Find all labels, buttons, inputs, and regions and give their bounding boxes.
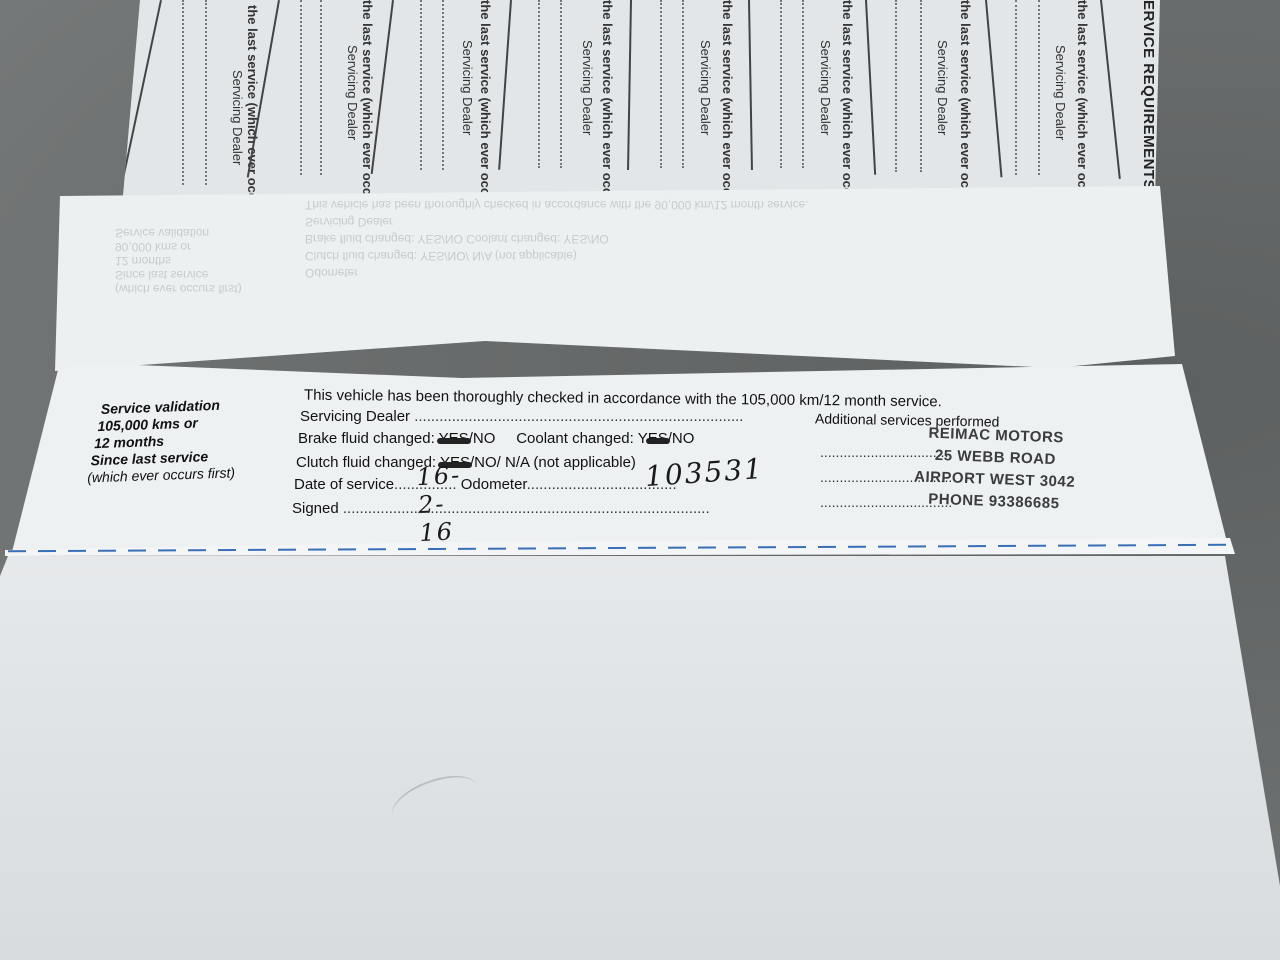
- service-validation-block: Service validation 105,000 kms or 12 mon…: [85, 395, 288, 487]
- column-text: the last service (which ever occu: [600, 0, 615, 203]
- column-text: the last service (which ever occu: [478, 0, 493, 203]
- dotted-line: [560, 0, 562, 168]
- column-dealer-label: Servicing Dealer: [1053, 45, 1068, 140]
- servicing-dealer-field[interactable]: ........................................…: [414, 408, 743, 425]
- date-odometer-row: Date of service............... Odometer.…: [294, 476, 677, 493]
- dotted-line: [182, 0, 184, 185]
- column-text: the last service (which ever occu: [720, 0, 735, 203]
- servicing-dealer-label: Servicing Dealer: [300, 408, 410, 425]
- brake-fluid-row: Brake fluid changed: YES/NO Coolant chan…: [298, 430, 694, 447]
- servicing-dealer-row: Servicing Dealer .......................…: [300, 408, 743, 425]
- column-dealer-label: Servicing Dealer: [698, 40, 713, 135]
- column-dealer-label: Servicing Dealer: [230, 70, 245, 165]
- brake-fluid-struck-option: YES: [439, 430, 469, 447]
- date-label: Date of service: [294, 476, 394, 493]
- column-text: the last service (which ever occu: [958, 0, 973, 203]
- dotted-line: [420, 0, 422, 170]
- dotted-line: [682, 0, 684, 168]
- mirrored-validation-text: (which ever occurs first) Since last ser…: [115, 226, 242, 296]
- dotted-line: [895, 0, 897, 172]
- column-divider: [1100, 0, 1121, 179]
- coolant-value: /NO: [668, 430, 695, 447]
- dotted-line: [538, 0, 540, 168]
- dotted-line: [660, 0, 662, 168]
- column-text: the last service (which ever occu: [840, 0, 855, 203]
- coolant-struck-option: ES: [648, 430, 668, 447]
- column-dealer-label: Servicing Dealer: [345, 45, 360, 140]
- column-dealer-label: Servicing Dealer: [580, 40, 595, 135]
- brake-fluid-value: /NO: [469, 430, 496, 447]
- mirrored-form-text: Odometer Clutch fluid changed: YES/NO/ N…: [305, 196, 809, 281]
- coolant-label: Coolant changed: Y: [516, 430, 648, 447]
- column-dealer-label: Servicing Dealer: [935, 40, 950, 135]
- column-divider: [627, 0, 632, 170]
- column-dealer-label: Servicing Dealer: [818, 40, 833, 135]
- signed-row: Signed .................................…: [292, 500, 710, 517]
- column-divider: [748, 0, 753, 170]
- column-dealer-label: Servicing Dealer: [460, 40, 475, 135]
- signed-label: Signed: [292, 500, 339, 517]
- dotted-line: [780, 0, 782, 168]
- dotted-line: [1015, 0, 1017, 175]
- dotted-line: [1038, 0, 1040, 175]
- column-text: the last service (which ever occu: [1075, 0, 1090, 203]
- clutch-fluid-row: Clutch fluid changed: YES/NO/ N/A (not a…: [296, 454, 636, 471]
- column-divider: [865, 0, 876, 175]
- dealer-stamp: REIMAC MOTORS 25 WEBB ROAD AIRPORT WEST …: [879, 421, 1112, 517]
- column-divider: [498, 0, 512, 170]
- dotted-line: [442, 0, 444, 170]
- odometer-label: Odometer: [461, 476, 527, 493]
- dotted-line: [802, 0, 804, 168]
- column-divider: [985, 0, 1003, 177]
- dotted-line: [920, 0, 922, 172]
- signed-field[interactable]: ........................................…: [343, 500, 710, 517]
- clutch-fluid-value: /NO/ N/A (not applicable): [470, 454, 636, 471]
- blank-page: [0, 556, 1280, 960]
- dotted-line: [320, 0, 322, 175]
- service-requirements-heading: ERVICE REQUIREMENTS: [1140, 0, 1157, 190]
- dotted-line: [300, 0, 302, 175]
- folded-flap: (which ever occurs first) Since last ser…: [55, 186, 1175, 371]
- dotted-line: [205, 0, 207, 185]
- column-text: the last service (which ever occu: [245, 5, 260, 208]
- brake-fluid-label: Brake fluid changed:: [298, 430, 435, 447]
